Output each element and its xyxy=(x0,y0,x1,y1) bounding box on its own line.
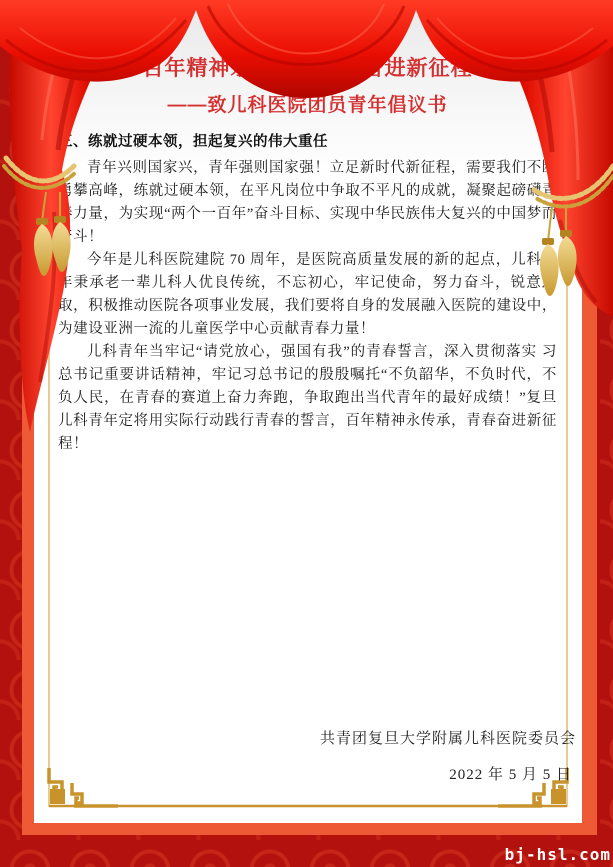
watermark: bj-hsl.com xyxy=(505,845,611,864)
document-subtitle: ——致儿科医院团员青年倡议书 xyxy=(58,94,557,118)
signature-date: 2022 年 5 月 5 日 xyxy=(320,763,576,784)
section-heading: 三、练就过硬本领，担起复兴的伟大重任 xyxy=(58,132,557,153)
signature-block: 共青团复旦大学附属儿科医院委员会 2022 年 5 月 5 日 xyxy=(320,727,576,784)
document-content: 百年精神永传承，青春奋进新征程 ——致儿科医院团员青年倡议书 三、练就过硬本领，… xyxy=(58,56,557,456)
paragraph-3: 儿科青年当牢记“请党放心，强国有我”的青春誓言，深入贯彻落实 习总书记重要讲话精… xyxy=(58,341,557,456)
paragraph-2: 今年是儿科医院建院 70 周年，是医院高质量发展的新的起点，儿科青年秉承老一辈儿… xyxy=(58,249,557,341)
proposal-document-page: { "document": { "title_line1": "百年精神永传承，… xyxy=(0,0,613,867)
document-title: 百年精神永传承，青春奋进新征程 xyxy=(58,56,557,82)
paragraph-1: 青年兴则国家兴，青年强则国家强！立足新时代新征程，需要我们不断勇攀高峰，练就过硬… xyxy=(58,157,557,249)
signature-organization: 共青团复旦大学附属儿科医院委员会 xyxy=(320,727,576,748)
